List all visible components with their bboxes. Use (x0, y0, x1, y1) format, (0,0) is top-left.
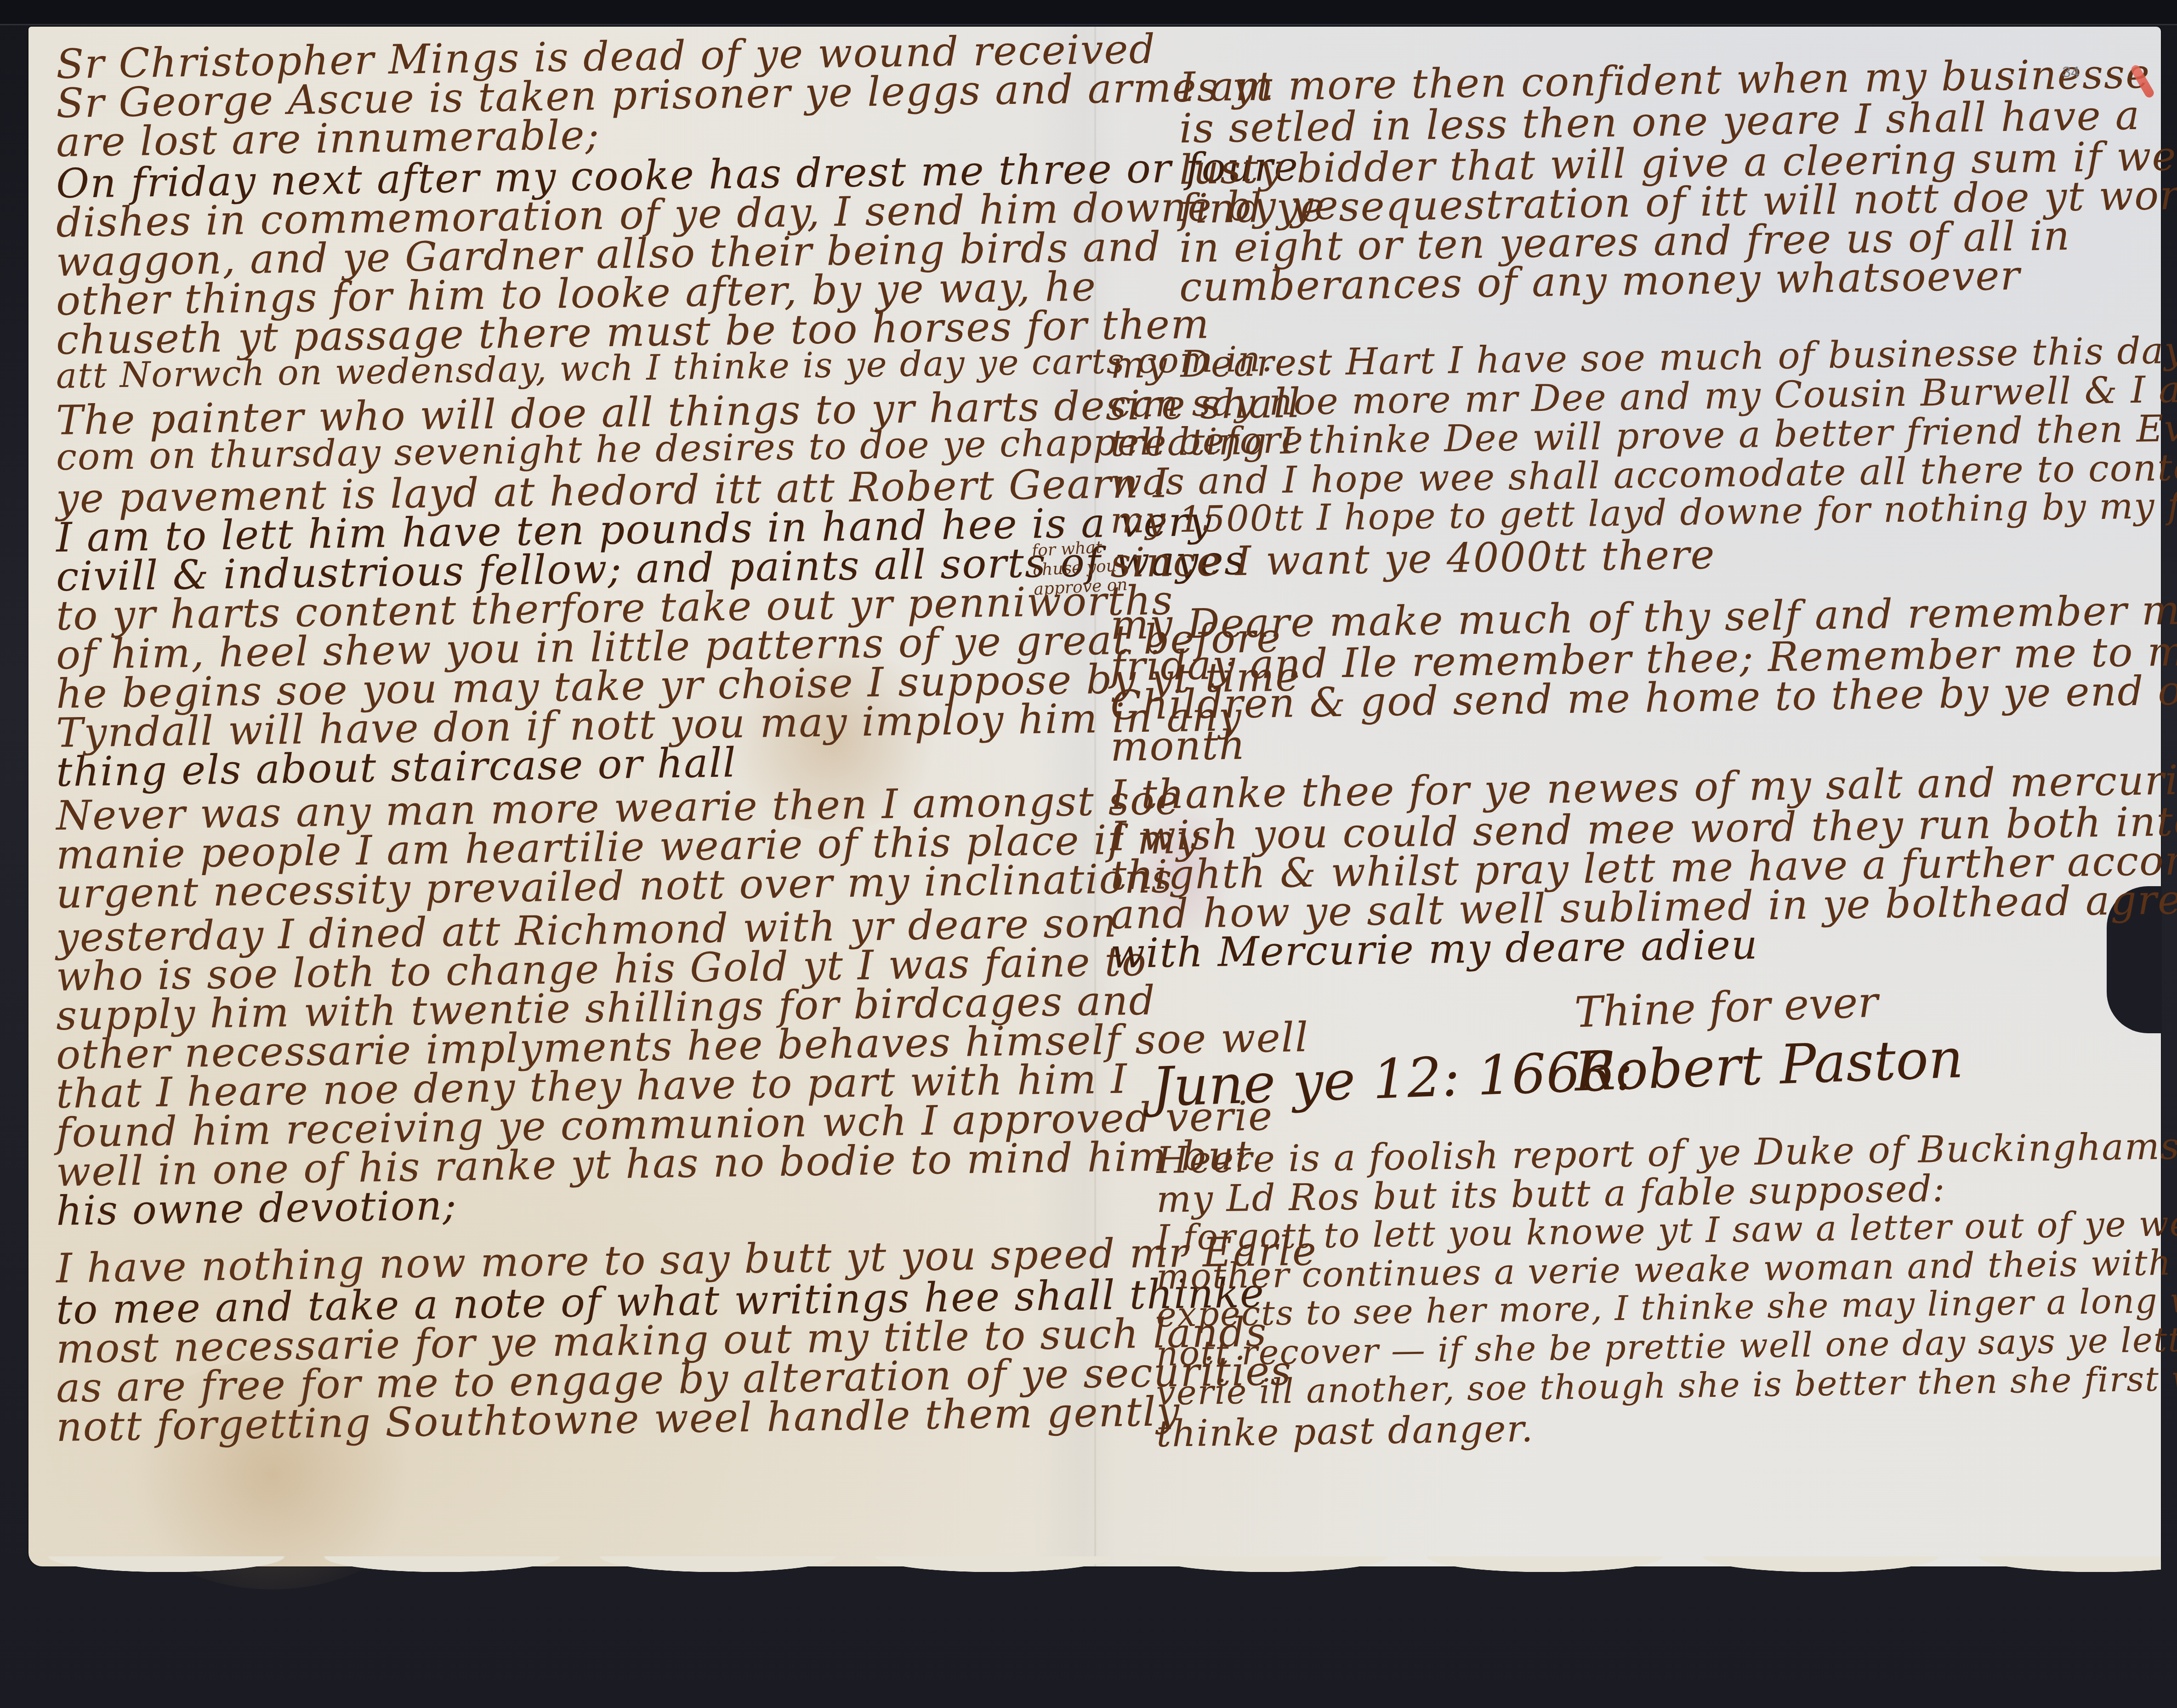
letter-sheet: Sr Christopher Mings is dead of ye wound… (28, 27, 2161, 1566)
left-page: Sr Christopher Mings is dead of ye wound… (28, 27, 1094, 1566)
letter-line: month (1110, 721, 1246, 770)
letter-line: with Mercurie my deare adieu (1110, 921, 1758, 977)
letter-line: since I want ye 4000tt there (1110, 531, 1716, 586)
letter-date: June ye 12: 1666: (1151, 1039, 1634, 1119)
postscript-line: thinke past danger. (1156, 1407, 1534, 1455)
right-page: I am more then confident when my busines… (1097, 27, 2161, 1566)
signature: Robert Paston (1574, 1026, 1964, 1103)
closing-phrase: Thine for ever (1574, 978, 1879, 1037)
mount-top-strip (0, 0, 2177, 25)
letter-line: his owne devotion; (56, 1182, 457, 1235)
folio-number: 34 (2062, 63, 2080, 81)
